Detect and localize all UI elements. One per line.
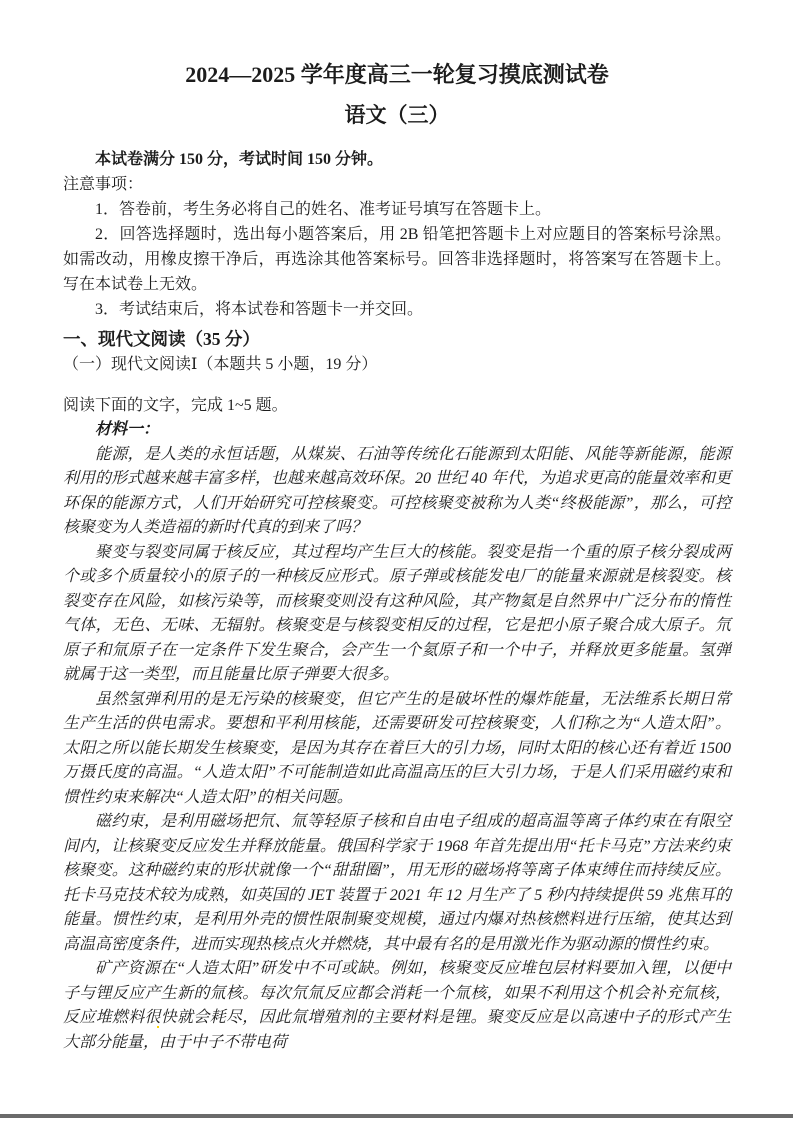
notice-item-1: 1．答卷前，考生务必将自己的姓名、准考证号填写在答题卡上。	[63, 197, 731, 222]
material-paragraph-1: 能源，是人类的永恒话题，从煤炭、石油等传统化石能源到太阳能、风能等新能源，能源利…	[63, 443, 731, 541]
notice-item-2: 2．回答选择题时，选出每小题答案后，用 2B 铅笔把答题卡上对应题目的答案标号涂…	[63, 222, 731, 297]
material-paragraph-5: 矿产资源在“人造太阳”研发中不可或缺。例如，核聚变反应堆包层材料要加入锂，以便中…	[63, 957, 731, 1055]
material-paragraph-3: 虽然氢弹利用的是无污染的核聚变，但它产生的是破坏性的爆炸能量，无法维系长期日常生…	[63, 688, 731, 811]
exam-title: 2024—2025 学年度高三一轮复习摸底测试卷	[63, 55, 731, 95]
exam-subject-title: 语文（三）	[63, 95, 731, 135]
page-bottom-border	[0, 1114, 793, 1118]
page-content: 2024—2025 学年度高三一轮复习摸底测试卷 语文（三） 本试卷满分 150…	[63, 55, 731, 1055]
scan-artifact-dot	[157, 1026, 159, 1028]
notice-item-3: 3．考试结束后，将本试卷和答题卡一并交回。	[63, 297, 731, 322]
material-paragraph-4: 磁约束，是利用磁场把氘、氚等轻原子核和自由电子组成的超高温等离子体约束在有限空间…	[63, 810, 731, 957]
exam-paper-page: 2024—2025 学年度高三一轮复习摸底测试卷 语文（三） 本试卷满分 150…	[0, 0, 793, 1122]
reading-instruction: 阅读下面的文字，完成 1~5 题。	[63, 393, 731, 418]
notice-heading: 注意事项：	[63, 172, 731, 197]
exam-info-line: 本试卷满分 150 分，考试时间 150 分钟。	[63, 147, 731, 172]
material-paragraph-2: 聚变与裂变同属于核反应，其过程均产生巨大的核能。裂变是指一个重的原子核分裂成两个…	[63, 541, 731, 688]
subsection-heading-reading-1: （一）现代文阅读Ⅰ（本题共 5 小题，19 分）	[63, 352, 731, 377]
material-one-label: 材料一：	[63, 418, 731, 443]
section-heading-modern-reading: 一、现代文阅读（35 分）	[63, 327, 731, 352]
